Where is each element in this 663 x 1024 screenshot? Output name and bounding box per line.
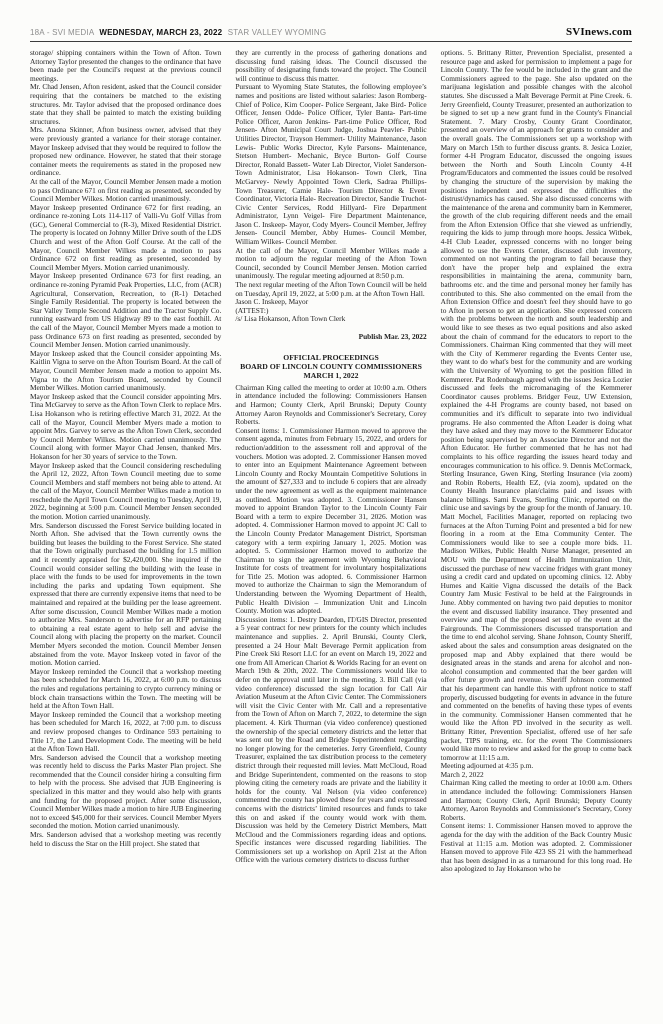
masthead-left: 18A - SVI MEDIA WEDNESDAY, MARCH 23, 202… — [30, 28, 326, 37]
body-paragraph: Chairman King called the meeting to orde… — [441, 779, 632, 822]
body-paragraph: Mayor Inskeep presented Ordinance 673 fo… — [30, 272, 221, 349]
body-paragraph: Discussion items: 1. Destry Dearden, IT/… — [235, 616, 426, 865]
body-paragraph: Consent items: 1. Commissioner Hansen mo… — [441, 822, 632, 874]
section-heading-line3: MARCH 1, 2022 — [235, 371, 426, 380]
body-paragraph: Chairman King called the meeting to orde… — [235, 384, 426, 427]
body-paragraph: Mrs. Sanderson discussed the Forest Serv… — [30, 522, 221, 668]
column-3: options. 5. Brittany Ritter, Prevention … — [441, 49, 632, 874]
body-paragraph: Consent items: 1. Commissioner Harmon mo… — [235, 427, 426, 616]
body-paragraph: they are currently in the process of gat… — [235, 49, 426, 83]
body-paragraph: Mayor Inskeep reminded the Council that … — [30, 668, 221, 711]
body-paragraph: At the call of the Mayor, Council Member… — [235, 247, 426, 281]
signature-clerk: /s/ Lisa Hokanson, Afton Town Clerk — [235, 315, 426, 324]
body-paragraph: Mayor Inskeep asked that the Council con… — [30, 350, 221, 393]
body-paragraph: At the call of the Mayor, Council Member… — [30, 178, 221, 204]
body-paragraph: Mayor Inskeep presented Ordinance 672 fo… — [30, 204, 221, 273]
body-paragraph: Mayor Inskeep asked that the Council con… — [30, 393, 221, 462]
column-1: storage/ shipping containers within the … — [30, 49, 221, 874]
body-paragraph: Mayor Inskeep reminded the Council that … — [30, 711, 221, 754]
masthead-date: WEDNESDAY, MARCH 23, 2022 — [99, 28, 222, 37]
section-heading-line2: BOARD OF LINCOLN COUNTY COMMISSIONERS — [235, 362, 426, 371]
body-paragraph: The next regular meeting of the Afton To… — [235, 281, 426, 298]
masthead-location: STAR VALLEY WYOMING — [228, 28, 327, 37]
section-heading: OFFICIAL PROCEEDINGS BOARD OF LINCOLN CO… — [235, 353, 426, 381]
masthead-website: SVInews.com — [566, 26, 632, 38]
body-paragraph: Pursuant to Wyoming State Statutes, the … — [235, 83, 426, 246]
section-heading-line1: OFFICIAL PROCEEDINGS — [235, 353, 426, 362]
page-number-label: 18A - SVI MEDIA — [30, 28, 94, 37]
body-paragraph: Mrs. Sanderson advised the Council that … — [30, 754, 221, 831]
column-2: they are currently in the process of gat… — [235, 49, 426, 874]
publish-date-line: Publish Mar. 23, 2022 — [235, 333, 426, 342]
article-body: storage/ shipping containers within the … — [30, 42, 632, 874]
body-paragraph: storage/ shipping containers within the … — [30, 49, 221, 83]
body-paragraph: options. 5. Brittany Ritter, Prevention … — [441, 49, 632, 762]
masthead: 18A - SVI MEDIA WEDNESDAY, MARCH 23, 202… — [30, 26, 632, 38]
body-paragraph: Mr. Chad Jensen, Afton resident, asked t… — [30, 83, 221, 126]
body-paragraph: Mayor Inskeep asked that the Council con… — [30, 462, 221, 522]
body-paragraph: Mrs. Sanderson advised that a workshop m… — [30, 831, 221, 848]
body-paragraph: Mrs. Anona Skinner, Afton business owner… — [30, 126, 221, 178]
newspaper-page: 18A - SVI MEDIA WEDNESDAY, MARCH 23, 202… — [0, 0, 663, 1024]
